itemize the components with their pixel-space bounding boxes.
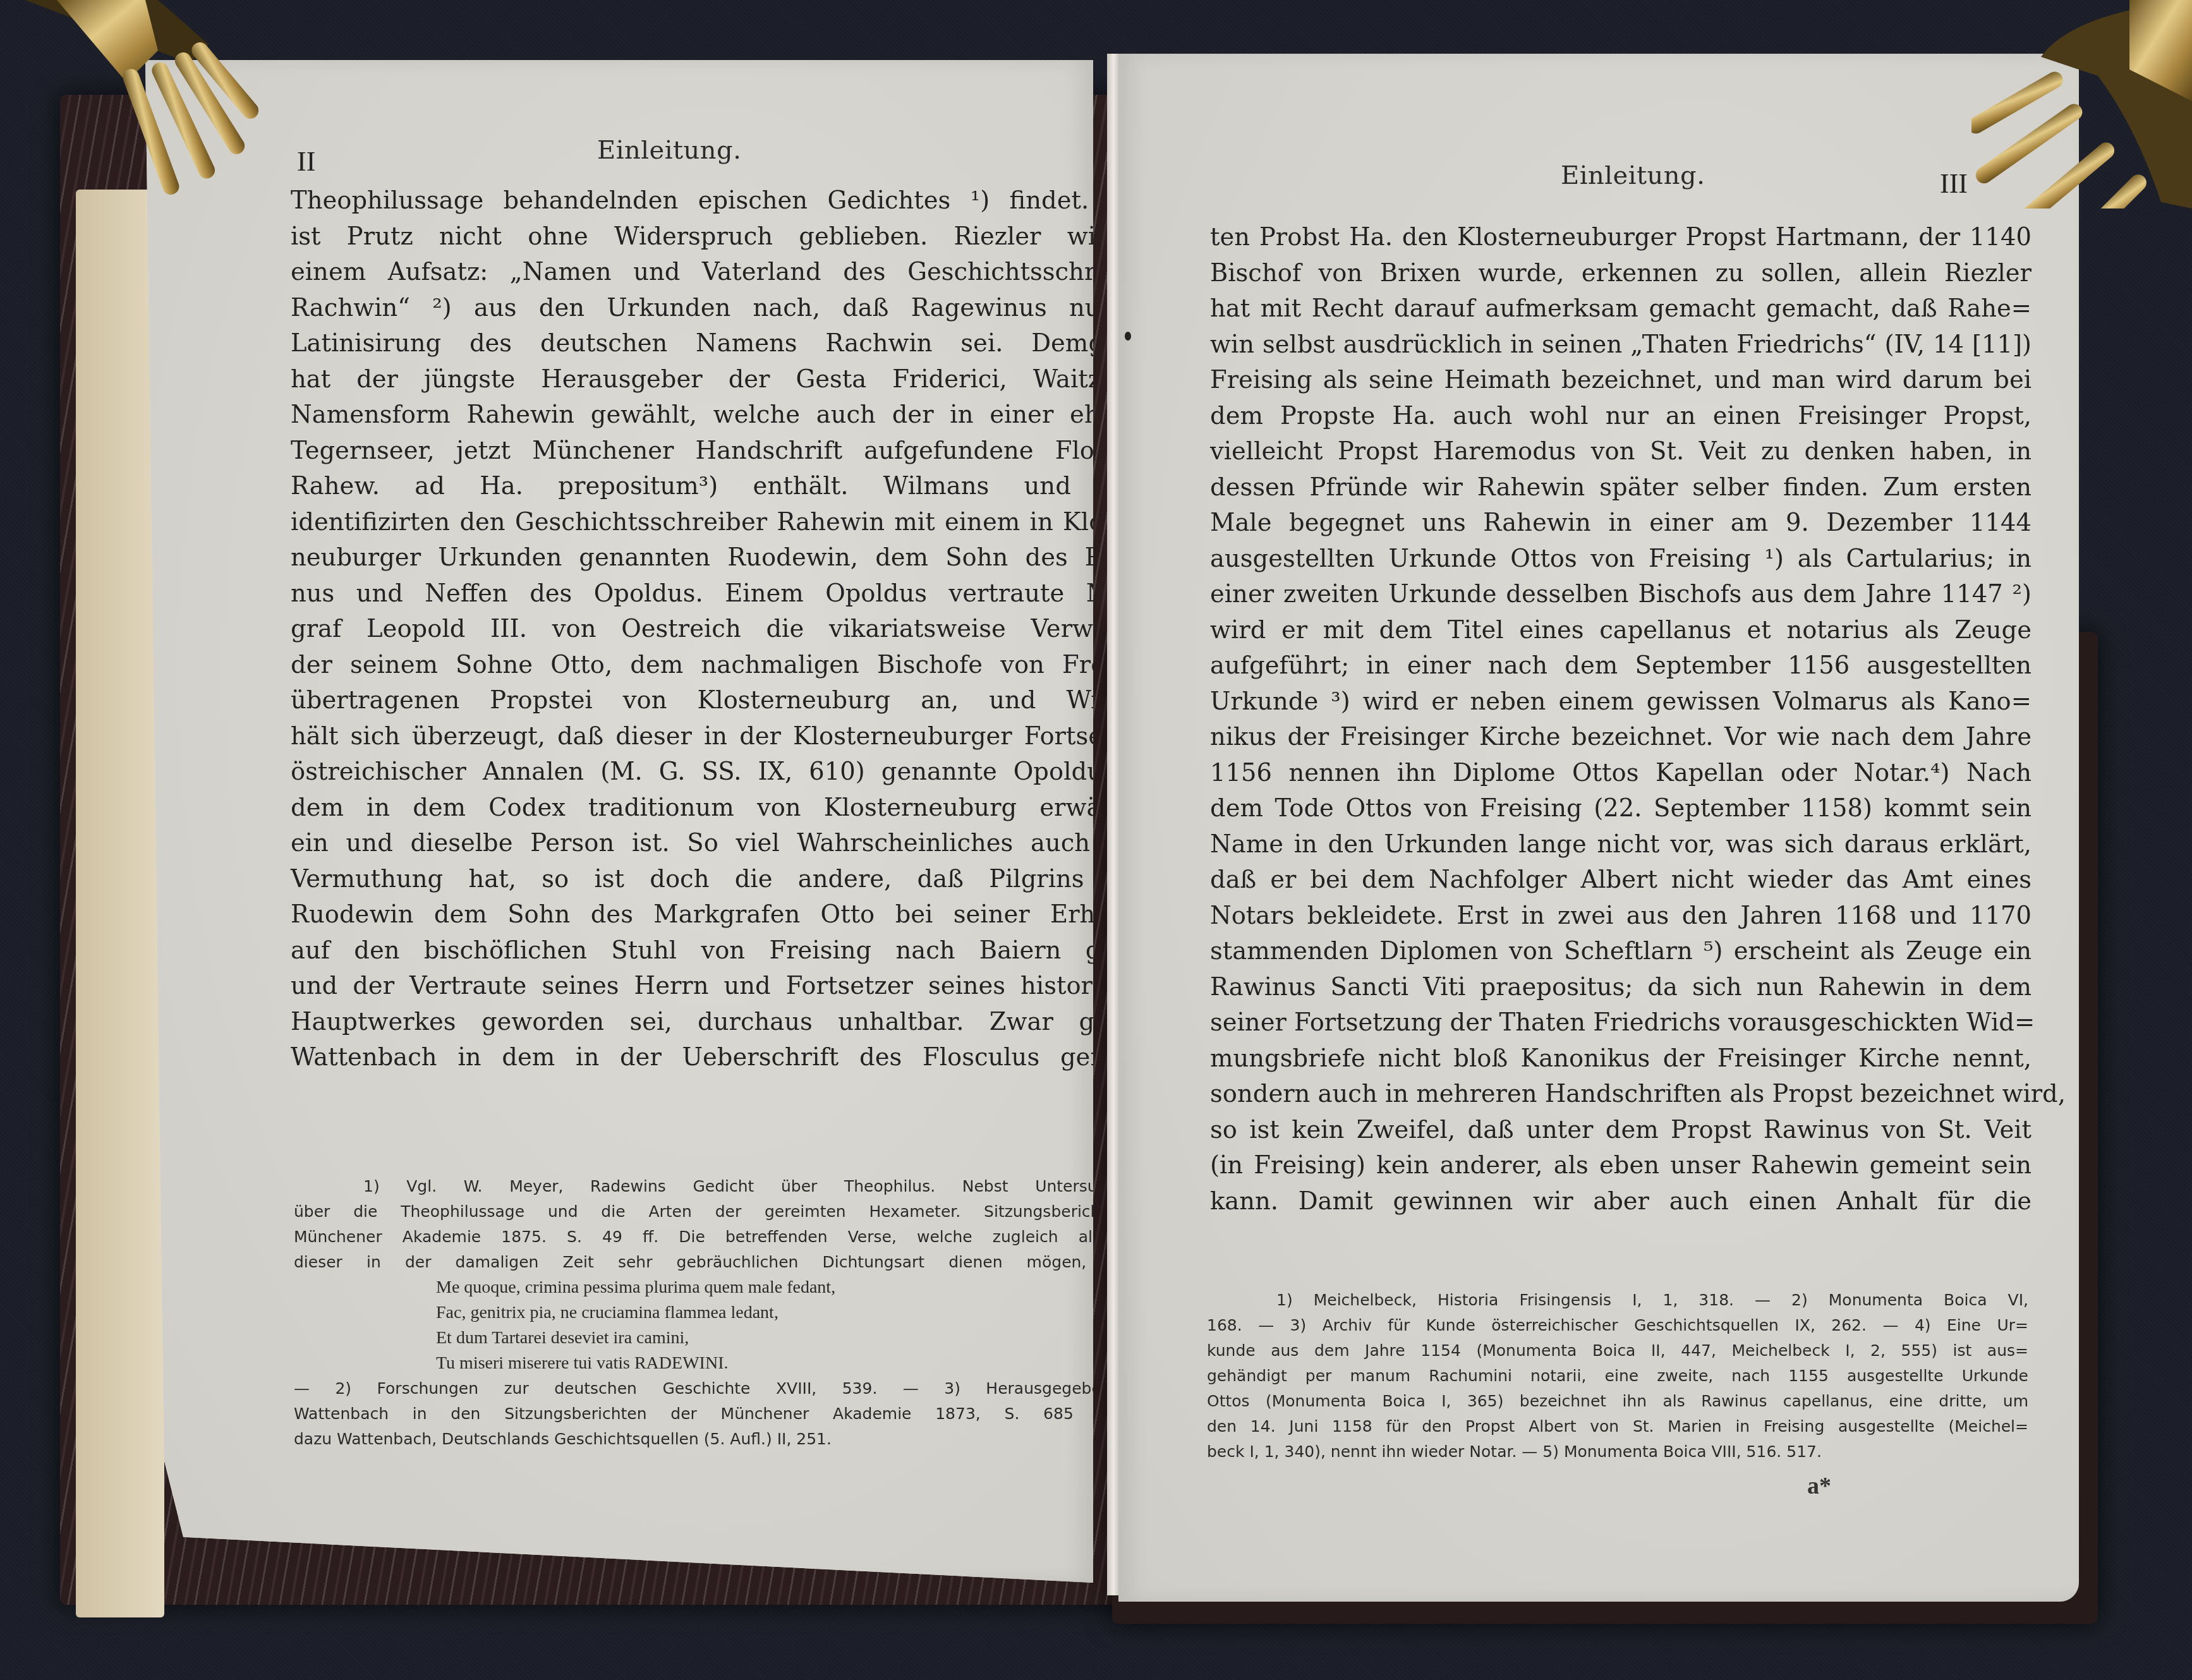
left-footnotes: 1) Vgl. W. Meyer, Radewins Gedicht über … <box>294 1174 1166 1452</box>
text-line: Male begegnet uns Rahewin in einer am 9.… <box>1210 505 2032 541</box>
text-line: 1156 nennen ihn Diplome Ottos Kapellan o… <box>1210 756 2032 792</box>
text-line: kann. Damit gewinnen wir aber auch einen… <box>1210 1184 2032 1220</box>
text-line: — 2) Forschungen zur deutschen Geschicht… <box>294 1376 1166 1401</box>
text-line: Wattenbach in den Sitzungsberichten der … <box>294 1401 1166 1427</box>
text-line: dem Propste Ha. auch wohl nur an einen F… <box>1210 399 2032 435</box>
text-line: daß er bei dem Nachfolger Albert nicht w… <box>1210 862 2032 898</box>
brass-hand-weight-left-icon <box>0 0 291 215</box>
text-line: Name in den Urkunden lange nicht vor, wa… <box>1210 827 2032 863</box>
text-line: dessen Pfründe wir Rahewin später selber… <box>1210 470 2032 506</box>
text-line: gehändigt per manum Rachumini notarii, e… <box>1207 1363 2028 1389</box>
text-line: beck I, 1, 340), nennt ihn wieder Notar.… <box>1207 1439 2028 1465</box>
text-line: graf Leopold III. von Oestreich die vika… <box>291 612 1172 648</box>
text-line: dem Tode Ottos von Freising (22. Septemb… <box>1210 791 2032 827</box>
text-line: Wattenbach in dem in der Ueberschrift de… <box>291 1040 1172 1076</box>
text-line: Rawinus Sancti Viti praepositus; da sich… <box>1210 970 2032 1006</box>
text-line: Rachwin“ ²) aus den Urkunden nach, daß R… <box>291 291 1172 327</box>
text-line: nikus der Freisinger Kirche bezeichnet. … <box>1210 720 2032 756</box>
text-line: Urkunde ³) wird er neben einem gewissen … <box>1210 684 2032 720</box>
text-line: wird er mit dem Titel eines capellanus e… <box>1210 613 2032 649</box>
text-line: so ist kein Zweifel, daß unter dem Props… <box>1210 1113 2032 1149</box>
text-line: und der Vertraute seines Herrn und Forts… <box>291 969 1172 1005</box>
brass-hand-weight-right-icon <box>1971 0 2192 208</box>
text-line: dem in dem Codex traditionum von Kloster… <box>291 790 1172 826</box>
verse-line: Tu miseri miserere tui vatis RADEWINI. <box>294 1351 1166 1376</box>
text-line: vielleicht Propst Haremodus von St. Veit… <box>1210 434 2032 470</box>
text-line: übertragenen Propstei von Klosterneuburg… <box>291 683 1172 719</box>
text-line: einer zweiten Urkunde desselben Bischofs… <box>1210 577 2032 613</box>
verse-line: Et dum Tartarei deseviet ira camini, <box>294 1326 1166 1351</box>
right-footnotes: 1) Meichelbeck, Historia Frisingensis I,… <box>1207 1288 2028 1465</box>
book-gutter <box>1107 54 1120 1595</box>
text-line: mungsbriefe nicht bloß Kanonikus der Fre… <box>1210 1041 2032 1077</box>
text-line: Notars bekleidete. Erst in zwei aus den … <box>1210 898 2032 934</box>
page-number-left: II <box>297 145 315 178</box>
text-line: der seinem Sohne Otto, dem nachmaligen B… <box>291 648 1172 684</box>
text-line: neuburger Urkunden genannten Ruodewin, d… <box>291 540 1172 576</box>
text-line: hält sich überzeugt, daß dieser in der K… <box>291 719 1172 755</box>
verse-line: Me quoque, crimina pessima plurima quem … <box>294 1275 1166 1300</box>
text-line: nus und Neffen des Opoldus. Einem Opoldu… <box>291 576 1172 612</box>
right-body-text: ten Probst Ha. den Klosterneuburger Prop… <box>1210 220 2032 1219</box>
text-line: hat mit Recht darauf aufmerksam gemacht … <box>1210 291 2032 327</box>
text-line: Ruodewin dem Sohn des Markgrafen Otto be… <box>291 897 1172 933</box>
text-line: Namensform Rahewin gewählt, welche auch … <box>291 397 1172 433</box>
text-line: Tegernseer, jetzt Münchener Handschrift … <box>291 433 1172 469</box>
text-line: Latinisirung des deutschen Namens Rachwi… <box>291 326 1172 362</box>
text-line: Vermuthung hat, so ist doch die andere, … <box>291 862 1172 898</box>
text-line: auf den bischöflichen Stuhl von Freising… <box>291 933 1172 969</box>
text-line: (in Freising) kein anderer, als eben uns… <box>1210 1148 2032 1184</box>
text-line: 1) Meichelbeck, Historia Frisingensis I,… <box>1207 1288 2028 1313</box>
text-line: hat der jüngste Herausgeber der Gesta Fr… <box>291 362 1172 398</box>
running-head-left: Einleitung. <box>597 136 741 165</box>
ink-speck <box>1125 332 1131 341</box>
right-page: Einleitung. III ten Probst Ha. den Klost… <box>1118 54 2079 1602</box>
text-line: stammenden Diplomen von Scheftlarn ⁵) er… <box>1210 934 2032 970</box>
text-line: östreichischer Annalen (M. G. SS. IX, 61… <box>291 754 1172 790</box>
left-page: II Einleitung. Theophilussage behandelnd… <box>145 60 1093 1583</box>
text-line: ten Probst Ha. den Klosterneuburger Prop… <box>1210 220 2032 256</box>
text-line: Münchener Akademie 1875. S. 49 ff. Die b… <box>294 1224 1166 1250</box>
text-line: den 14. Juni 1158 für den Propst Albert … <box>1207 1414 2028 1439</box>
text-line: identifizirten den Geschichtsschreiber R… <box>291 505 1172 541</box>
verse-line: Fac, genitrix pia, ne cruciamina flammea… <box>294 1300 1166 1326</box>
text-line: Bischof von Brixen wurde, erkennen zu so… <box>1210 256 2032 292</box>
text-line: dieser in der damaligen Zeit sehr gebräu… <box>294 1250 1166 1275</box>
text-line: win selbst ausdrücklich in seinen „Thate… <box>1210 327 2032 363</box>
text-line: ein und dieselbe Person ist. So viel Wah… <box>291 826 1172 862</box>
text-line: ist Prutz nicht ohne Widerspruch geblieb… <box>291 219 1172 255</box>
text-line: Theophilussage behandelnden epischen Ged… <box>291 183 1172 219</box>
signature-mark: a* <box>1807 1472 1831 1500</box>
page-number-right: III <box>1940 167 1968 200</box>
text-line: aufgeführt; in einer nach dem September … <box>1210 648 2032 684</box>
text-line: Rahew. ad Ha. prepositum³) enthält. Wilm… <box>291 469 1172 505</box>
text-line: ausgestellten Urkunde Ottos von Freising… <box>1210 541 2032 577</box>
text-line: 1) Vgl. W. Meyer, Radewins Gedicht über … <box>294 1174 1166 1199</box>
text-line: sondern auch in mehreren Handschriften a… <box>1210 1077 2032 1113</box>
left-body-text: Theophilussage behandelnden epischen Ged… <box>291 183 1172 1076</box>
text-line: dazu Wattenbach, Deutschlands Geschichts… <box>294 1427 1166 1452</box>
text-line: über die Theophilussage und die Arten de… <box>294 1199 1166 1224</box>
text-line: seiner Fortsetzung der Thaten Friedrichs… <box>1210 1005 2032 1041</box>
text-line: Freising als seine Heimath bezeichnet, u… <box>1210 363 2032 399</box>
text-line: kunde aus dem Jahre 1154 (Monumenta Boic… <box>1207 1338 2028 1363</box>
text-line: Ottos (Monumenta Boica I, 365) bezeichne… <box>1207 1389 2028 1414</box>
text-line: 168. — 3) Archiv für Kunde österreichisc… <box>1207 1313 2028 1338</box>
running-head-right: Einleitung. <box>1561 161 1705 190</box>
text-line: einem Aufsatz: „Namen und Vaterland des … <box>291 255 1172 291</box>
text-line: Hauptwerkes geworden sei, durchaus unhal… <box>291 1005 1172 1041</box>
